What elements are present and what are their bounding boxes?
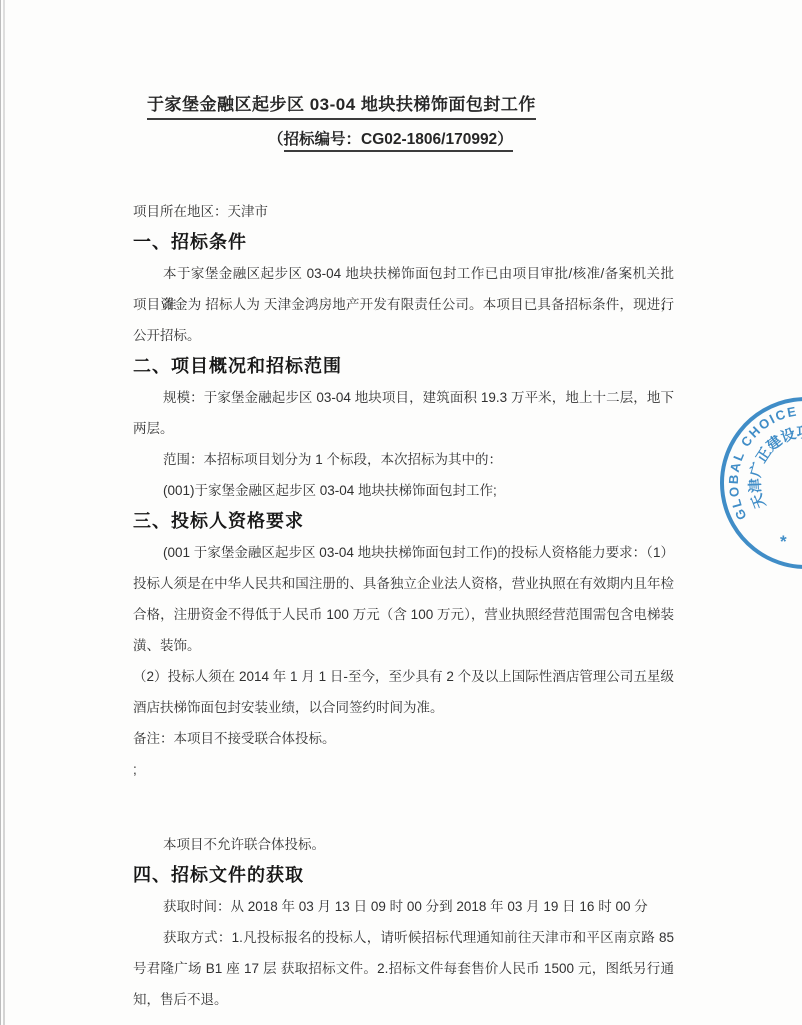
doc-line: 酒店扶梯饰面包封安装业绩，以合同签约时间为准。 [133,692,674,723]
scan-edge-shadow [3,0,5,1025]
doc-line: 投标人须是在中华人民共和国注册的、具备独立企业法人资格，营业执照在有效期内且年检 [133,568,674,599]
doc-line: 获取方式：1.凡投标报名的投标人，请听候招标代理通知前往天津市和平区南京路 85 [133,922,674,953]
doc-line: (001 于家堡金融区起步区 03-04 地块扶梯饰面包封工作)的投标人资格能力… [133,537,674,568]
doc-line: 获取时间：从 2018 年 03 月 13 日 09 时 00 分到 2018 … [133,891,674,922]
doc-line: 范围：本招标项目划分为 1 个标段，本次招标为其中的： [133,444,674,475]
scan-edge-line [0,0,1,1025]
section-heading: 三、投标人资格要求 [133,506,674,537]
section-heading: 四、招标文件的获取 [133,860,674,891]
tender-number-open-paren: （ [268,131,284,148]
section-heading: 一、招标条件 [133,227,674,258]
doc-line: 潢、装饰。 [133,630,674,661]
tender-number-close-paren: ） [497,131,513,152]
document-body: 项目所在地区：天津市一、招标条件本于家堡金融区起步区 03-04 地块扶梯饰面包… [133,196,674,1015]
tender-number-line: （招标编号：CG02-1806/170992） [268,127,513,149]
company-seal-stamp: GLOBAL CHOICE PROJE 天津广正建设项目管 * [706,379,802,591]
doc-line: 两层。 [133,413,674,444]
doc-line: 备注：本项目不接受联合体投标。 [133,723,674,754]
doc-line: 知，售后不退。 [133,984,674,1015]
tender-number: 招标编号：CG02-1806/170992 [284,131,498,152]
doc-line: 公开招标。 [133,320,674,351]
doc-line: 规模：于家堡金融起步区 03-04 地块项目，建筑面积 19.3 万平米，地上十… [133,382,674,413]
doc-line: 项目资金为 招标人为 天津金鸿房地产开发有限责任公司。本项目已具备招标条件，现进… [133,289,674,320]
doc-line: 合格，注册资金不得低于人民币 100 万元（含 100 万元），营业执照经营范围… [133,599,674,630]
doc-line: ; [133,754,674,785]
doc-line: （2）投标人须在 2014 年 1 月 1 日-至今，至少具有 2 个及以上国际… [133,661,674,692]
scanned-document-page: 于家堡金融区起步区 03-04 地块扶梯饰面包封工作 （招标编号：CG02-18… [0,0,802,1025]
doc-line: 号君隆广场 B1 座 17 层 获取招标文件。2.招标文件每套售价人民币 150… [133,953,674,984]
section-heading: 二、项目概况和招标范围 [133,351,674,382]
doc-line: 项目所在地区：天津市 [133,196,674,227]
document-title: 于家堡金融区起步区 03-04 地块扶梯饰面包封工作 [147,90,536,120]
seal-star-icon: * [780,532,787,551]
doc-line: 本项目不允许联合体投标。 [133,829,674,860]
doc-line: 本于家堡金融区起步区 03-04 地块扶梯饰面包封工作已由项目审批/核准/备案机… [133,258,674,289]
blank-gap [133,785,674,829]
doc-line: (001)于家堡金融区起步区 03-04 地块扶梯饰面包封工作; [133,475,674,506]
